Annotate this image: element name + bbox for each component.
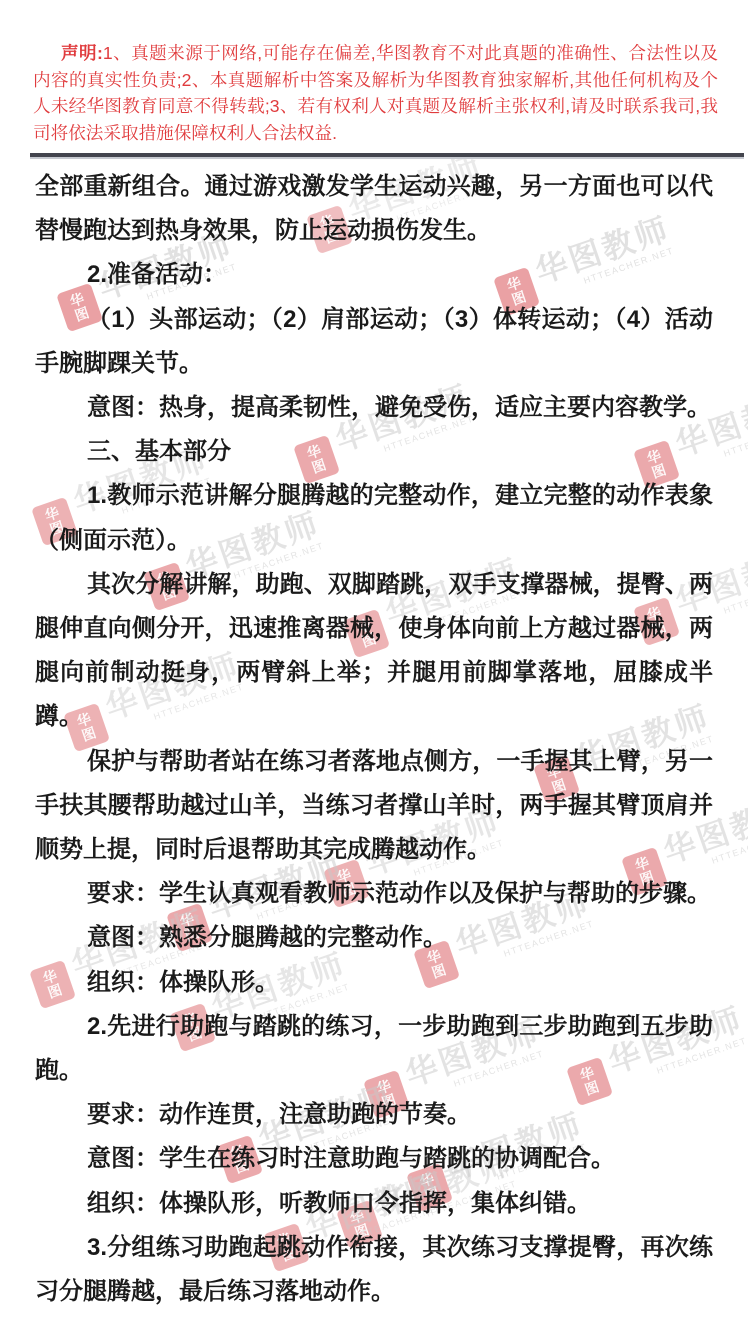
paragraph: 意图：熟悉分腿腾越的完整动作。 — [35, 916, 713, 960]
paragraph: 组织：体操队形。 — [35, 961, 713, 1005]
paragraph: 组织：体操队形，听教师口令指挥，集体纠错。 — [35, 1182, 713, 1226]
paragraph: 3.分组练习助跑起跳动作衔接，其次练习支撑提臀，再次练习分腿腾越，最后练习落地动… — [35, 1226, 713, 1314]
document-body: 全部重新组合。通过游戏激发学生运动兴趣，另一方面也可以代替慢跑达到热身效果，防止… — [0, 159, 748, 1314]
disclaimer-text: 1、真题来源于网络,可能存在偏差,华图教育不对此真题的准确性、合法性以及内容的真… — [33, 43, 718, 143]
paragraph: 2.准备活动： — [35, 253, 713, 297]
paragraph: 其次分解讲解，助跑、双脚踏跳，双手支撑器械，提臀、两腿伸直向侧分开，迅速推离器械… — [35, 563, 713, 740]
paragraph: 意图：热身，提高柔韧性，避免受伤，适应主要内容教学。 — [35, 386, 713, 430]
paragraph: （1）头部运动；（2）肩部运动；（3）体转运动；（4）活动手腕脚踝关节。 — [35, 298, 713, 386]
document-page: { "page": { "width": 748, "height": 1335… — [0, 0, 748, 1335]
paragraph: 要求：动作连贯，注意助跑的节奏。 — [35, 1093, 713, 1137]
disclaimer-notice: 声明:1、真题来源于网络,可能存在偏差,华图教育不对此真题的准确性、合法性以及内… — [0, 0, 748, 146]
paragraph: 意图：学生在练习时注意助跑与踏跳的协调配合。 — [35, 1137, 713, 1181]
paragraph: 保护与帮助者站在练习者落地点侧方，一手握其上臂，另一手扶其腰帮助越过山羊，当练习… — [35, 740, 713, 873]
paragraph: 全部重新组合。通过游戏激发学生运动兴趣，另一方面也可以代替慢跑达到热身效果，防止… — [35, 165, 713, 253]
section-heading: 三、基本部分 — [35, 430, 713, 474]
paragraph: 2.先进行助跑与踏跳的练习，一步助跑到三步助跑到五步助跑。 — [35, 1005, 713, 1093]
paragraph: 1.教师示范讲解分腿腾越的完整动作，建立完整的动作表象（侧面示范）。 — [35, 474, 713, 562]
paragraph: 要求：学生认真观看教师示范动作以及保护与帮助的步骤。 — [35, 872, 713, 916]
page-content: 声明:1、真题来源于网络,可能存在偏差,华图教育不对此真题的准确性、合法性以及内… — [0, 0, 748, 1314]
disclaimer-label: 声明: — [61, 43, 103, 63]
